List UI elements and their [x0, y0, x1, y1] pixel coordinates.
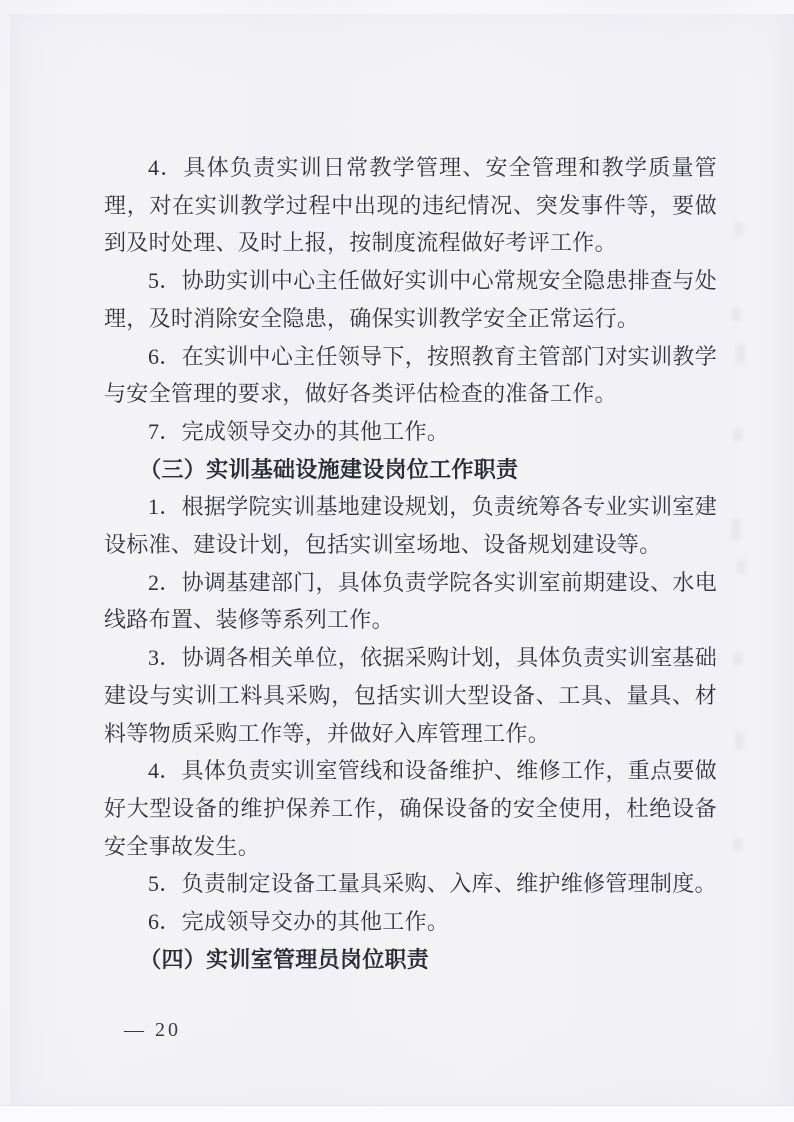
- paragraph: 7．完成领导交办的其他工作。: [104, 413, 717, 451]
- paragraph: 1．根据学院实训基地建设规划，负责统筹各专业实训室建设标准、建设计划，包括实训室…: [104, 488, 717, 563]
- text-block: 4．具体负责实训日常教学管理、安全管理和教学质量管理，对在实训教学过程中出现的违…: [104, 149, 717, 978]
- paragraph: 6．在实训中心主任领导下，按照教育主管部门对实训教学与安全管理的要求，做好各类评…: [104, 338, 717, 413]
- section-heading: （四）实训室管理员岗位职责: [104, 941, 717, 979]
- paragraph: 4．具体负责实训日常教学管理、安全管理和教学质量管理，对在实训教学过程中出现的违…: [104, 149, 717, 262]
- paragraph: 6．完成领导交办的其他工作。: [104, 903, 717, 941]
- scan-edge-bottom: [0, 1105, 794, 1122]
- section-heading: （三）实训基础设施建设岗位工作职责: [104, 451, 717, 489]
- paragraph: 5．负责制定设备工量具采购、入库、维护维修管理制度。: [104, 865, 717, 903]
- paragraph: 4．具体负责实训室管线和设备维护、维修工作，重点要做好大型设备的维护保养工作，确…: [104, 752, 717, 865]
- scan-edge-top: [0, 0, 794, 14]
- scan-edge-left: [0, 0, 10, 1122]
- paragraph: 3．协调各相关单位，依据采购计划，具体负责实训室基础建设与实训工料具采购，包括实…: [104, 639, 717, 752]
- document-page: 4．具体负责实训日常教学管理、安全管理和教学质量管理，对在实训教学过程中出现的违…: [0, 0, 794, 1122]
- page-number: — 20: [124, 1017, 181, 1043]
- paragraph: 2．协调基建部门，具体负责学院各实训室前期建设、水电线路布置、装修等系列工作。: [104, 564, 717, 639]
- paragraph: 5．协助实训中心主任做好实训中心常规安全隐患排查与处理，及时消除安全隐患，确保实…: [104, 262, 717, 337]
